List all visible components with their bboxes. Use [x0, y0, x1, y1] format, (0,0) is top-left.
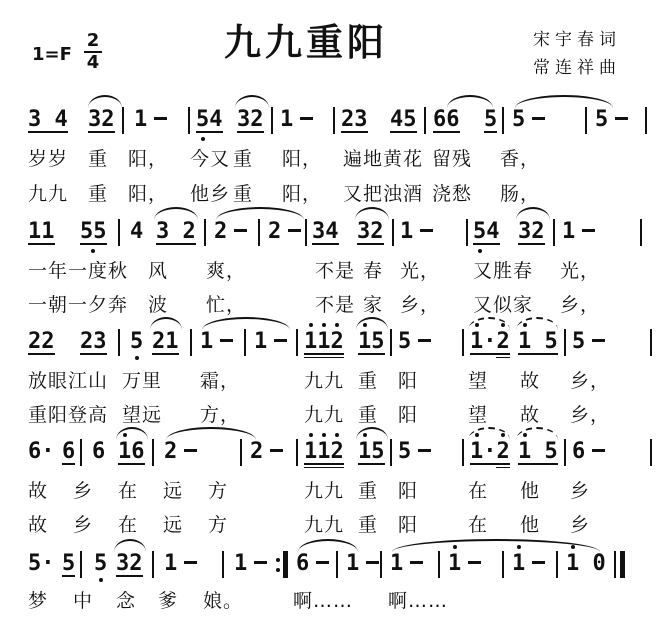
- note-group: 66: [433, 108, 460, 132]
- slur-arc: [235, 95, 269, 108]
- lyric-group: 在: [468, 514, 488, 537]
- lyric-group: 乡: [570, 480, 590, 503]
- lyric-group: 望: [468, 404, 488, 427]
- beam-underline: [341, 131, 368, 133]
- lyric-group: 九九: [304, 480, 344, 503]
- note-group: 2: [214, 220, 247, 244]
- beam-underline: [518, 463, 558, 465]
- note-digits: 1: [448, 551, 461, 576]
- note-digits: 1: [400, 219, 413, 244]
- lyric-group: 远: [163, 514, 183, 537]
- sustain-dash: [184, 561, 197, 564]
- lyric-group: 万里: [122, 370, 162, 393]
- note-digits: 112: [304, 329, 344, 354]
- beam-underline: [28, 353, 55, 355]
- note-digits: 54: [196, 107, 223, 132]
- lyric-group: 风: [148, 260, 168, 283]
- barline: [564, 439, 566, 466]
- barline: [152, 439, 154, 466]
- barline: [188, 107, 190, 134]
- lyric-group: 故: [28, 514, 48, 537]
- beam-underline: [357, 243, 384, 245]
- lyric-group: 重: [233, 148, 253, 171]
- lyric-group: 忙，: [206, 294, 246, 317]
- beam-underline: [156, 243, 196, 245]
- sustain-dash: [582, 229, 595, 232]
- note-group: 5: [595, 108, 628, 132]
- lyric-group: 啊……: [388, 590, 448, 613]
- note-group: 1: [164, 552, 197, 576]
- lyric-group: 阳，: [128, 148, 168, 171]
- beam-underline: [484, 131, 497, 133]
- note-digits: 2: [250, 439, 263, 464]
- sustain-dash: [410, 561, 423, 564]
- note-digits: 5: [398, 329, 411, 354]
- lyric-group: 故: [520, 404, 540, 427]
- repeat-thick-bar: [283, 551, 288, 578]
- note-group: 21: [152, 330, 179, 354]
- sustain-dash: [532, 561, 545, 564]
- lyric-group: 又胜春: [473, 260, 533, 283]
- lyric-group: 乡，: [570, 370, 610, 393]
- lyric-group: 爽，: [206, 260, 246, 283]
- note-group: 22: [28, 330, 55, 354]
- beam-underline: [62, 575, 75, 577]
- lyric-group: 远: [163, 480, 183, 503]
- time-signature-numerator: 2: [84, 32, 102, 50]
- beam-underline: [433, 131, 460, 133]
- note-digits: 66: [433, 107, 460, 132]
- beam-underline: [518, 243, 545, 245]
- lyric-group: 波: [148, 294, 168, 317]
- barline: [502, 551, 504, 578]
- note-group: 1·2: [470, 440, 510, 464]
- octave-dot-high: [309, 433, 313, 437]
- octave-dot-low: [478, 249, 482, 253]
- note-group: 1·2: [470, 330, 510, 354]
- barline: [424, 107, 426, 134]
- lyric-group: 娘。: [203, 590, 243, 613]
- note-digits: 1 5: [518, 329, 558, 354]
- barline: [80, 551, 82, 578]
- lyric-group: 不是: [315, 294, 355, 317]
- note-group: 32: [116, 552, 143, 576]
- time-signature-denominator: 4: [84, 54, 102, 72]
- note-group: 5: [398, 330, 431, 354]
- sustain-dash: [234, 229, 247, 232]
- beam-underline: [304, 463, 344, 465]
- note-digits: 23: [80, 329, 107, 354]
- slur-arc: [298, 539, 358, 552]
- note-digits: 5: [572, 329, 585, 354]
- note-digits: 1: [134, 107, 147, 132]
- octave-dot-high: [335, 433, 339, 437]
- note-digits: 5: [398, 439, 411, 464]
- note-digits: 23: [341, 107, 368, 132]
- lyric-group: 光，: [560, 260, 600, 283]
- barline: [462, 329, 464, 356]
- sustain-dash: [274, 339, 287, 342]
- note-group: 23: [341, 108, 368, 132]
- note-group: 5: [130, 330, 143, 354]
- note-group: 1: [134, 108, 167, 132]
- lyric-group: 九九: [28, 183, 68, 206]
- lyric-group: 乡: [570, 514, 590, 537]
- repeat-dots: [276, 558, 280, 572]
- note-digits: 15: [358, 439, 385, 464]
- note-group: 1 5: [518, 330, 558, 354]
- barline: [466, 219, 468, 246]
- octave-dot-low: [201, 137, 205, 141]
- note-group: 112: [304, 330, 344, 354]
- repeat-end-barline: [276, 551, 288, 578]
- barline: [390, 439, 392, 466]
- barline: [336, 551, 338, 578]
- sustain-dash: [592, 449, 605, 452]
- beam-underline: [237, 131, 264, 133]
- note-group: 4: [130, 220, 143, 244]
- note-group: 32: [357, 220, 384, 244]
- note-digits: 22: [28, 329, 55, 354]
- note-group: 5: [572, 330, 605, 354]
- barline: [438, 551, 440, 578]
- note-group: 11: [28, 220, 55, 244]
- note-digits: 6: [92, 439, 105, 464]
- sustain-dash: [316, 561, 329, 564]
- lyric-group: 他乡: [190, 183, 230, 206]
- slur-arc-dashed: [516, 427, 558, 440]
- beam-underline: [88, 131, 115, 133]
- barline: [585, 107, 587, 134]
- barline: [392, 219, 394, 246]
- slur-arc: [166, 427, 256, 440]
- beam-underline: [28, 243, 55, 245]
- note-group: 6: [296, 552, 329, 576]
- lyric-group: 望: [468, 370, 488, 393]
- lyric-group: 重: [358, 514, 378, 537]
- slur-arc: [515, 95, 613, 108]
- note-group: 2: [250, 440, 283, 464]
- beam-underline: [390, 131, 417, 133]
- barline: [380, 551, 382, 578]
- note-digits: 6·: [28, 439, 55, 464]
- note-group: 6: [572, 440, 605, 464]
- note-digits: 1: [280, 107, 293, 132]
- beam-underline: [304, 357, 344, 359]
- note-group: 1 0: [566, 552, 606, 576]
- note-digits: 1: [164, 551, 177, 576]
- final-thin-bar: [614, 551, 616, 578]
- note-group: 54: [196, 108, 223, 132]
- lyric-group: 他: [520, 480, 540, 503]
- sustain-dash: [184, 449, 197, 452]
- barline: [650, 439, 652, 466]
- sustain-dash: [615, 117, 628, 120]
- note-digits: 32: [518, 219, 545, 244]
- note-digits: 34: [312, 219, 339, 244]
- lyric-group: 留残: [432, 148, 472, 171]
- lyric-group: 不是: [315, 260, 355, 283]
- note-digits: 1: [234, 551, 247, 576]
- note-group: 5: [94, 552, 107, 576]
- lyric-group: 梦: [28, 590, 48, 613]
- barline: [333, 107, 335, 134]
- note-group: 1: [562, 220, 595, 244]
- sustain-dash: [288, 229, 301, 232]
- lyric-group: 他: [520, 514, 540, 537]
- note-digits: 45: [390, 107, 417, 132]
- lyric-group: 在: [468, 480, 488, 503]
- octave-dot-high: [322, 323, 326, 327]
- note-group: 1: [234, 552, 267, 576]
- barline: [296, 329, 298, 356]
- note-digits: 1·2: [470, 439, 510, 464]
- lyric-group: 重: [88, 148, 108, 171]
- note-group: 55: [80, 220, 107, 244]
- lyric-group: 阳，: [282, 148, 322, 171]
- barline: [118, 219, 120, 246]
- note-digits: 1: [512, 551, 525, 576]
- beam-underline: [196, 131, 223, 133]
- sustain-dash: [418, 449, 431, 452]
- slur-arc-dashed: [516, 317, 558, 330]
- note-digits: 6: [62, 439, 75, 464]
- slur-arc: [114, 539, 146, 552]
- note-group: 1: [400, 220, 433, 244]
- note-digits: 1: [390, 551, 403, 576]
- note-digits: 5: [94, 551, 107, 576]
- lyric-group: 乡，: [560, 294, 600, 317]
- lyric-group: 重: [233, 183, 253, 206]
- sustain-dash: [254, 561, 267, 564]
- note-digits: 15: [358, 329, 385, 354]
- sustain-dash: [418, 339, 431, 342]
- lyric-group: 阳: [398, 480, 418, 503]
- sheet-music-page: 九九重阳 1=F 2 4 宋宇春词 常连祥曲 3 432154321234566…: [0, 0, 658, 635]
- note-group: 32: [237, 108, 264, 132]
- barline: [462, 439, 464, 466]
- note-group: 6: [62, 440, 75, 464]
- note-digits: 32: [116, 551, 143, 576]
- note-group: 5: [62, 552, 75, 576]
- final-thick-bar: [620, 551, 625, 578]
- beam-underline: [473, 243, 500, 245]
- octave-dot-low: [91, 249, 95, 253]
- octave-dot-low: [99, 578, 103, 582]
- lyric-group: 光，: [400, 260, 440, 283]
- note-group: 1: [280, 108, 313, 132]
- note-digits: 112: [304, 439, 344, 464]
- note-digits: 1 5: [518, 439, 558, 464]
- note-digits: 21: [152, 329, 179, 354]
- note-group: 1: [346, 552, 379, 576]
- lyricist-credit: 宋宇春词: [533, 25, 621, 50]
- note-group: 5: [512, 108, 545, 132]
- slur-arc: [116, 427, 148, 440]
- lyric-group: 九九: [304, 370, 344, 393]
- lyric-group: 重: [358, 404, 378, 427]
- lyric-group: 又似家: [473, 294, 533, 317]
- note-group: 34: [312, 220, 339, 244]
- lyric-group: 阳，: [282, 183, 322, 206]
- lyric-group: 在: [118, 514, 138, 537]
- barline: [152, 551, 154, 578]
- lyric-group: 故: [520, 370, 540, 393]
- barline: [204, 219, 206, 246]
- lyric-group: 方: [208, 514, 228, 537]
- note-digits: 32: [357, 219, 384, 244]
- note-digits: 32: [88, 107, 115, 132]
- note-digits: 4: [130, 219, 143, 244]
- lyric-group: 望远: [122, 404, 162, 427]
- note-digits: 3 2: [156, 219, 196, 244]
- note-group: 3 2: [156, 220, 196, 244]
- lyric-group: 岁岁: [28, 148, 68, 171]
- lyric-group: 乡，: [570, 404, 610, 427]
- slur-arc-dashed: [468, 427, 510, 440]
- lyric-group: 放眼江山: [28, 370, 108, 393]
- note-group: 5: [484, 108, 497, 132]
- beam-underline-partial: [496, 467, 510, 469]
- lyric-group: 春: [363, 260, 383, 283]
- lyric-group: 方，: [200, 404, 240, 427]
- beam-underline: [358, 463, 385, 465]
- barline: [118, 329, 120, 356]
- beam-underline: [358, 353, 385, 355]
- note-group: 1 5: [518, 440, 558, 464]
- sustain-dash: [420, 229, 433, 232]
- octave-dot-low: [135, 356, 139, 360]
- slur-arc: [447, 95, 493, 108]
- barline: [305, 219, 307, 246]
- note-digits: 11: [28, 219, 55, 244]
- note-group: 32: [88, 108, 115, 132]
- composer-credit: 常连祥曲: [533, 53, 621, 78]
- barline: [190, 329, 192, 356]
- note-group: 1: [254, 330, 287, 354]
- lyric-group: 阳，: [128, 183, 168, 206]
- barline: [645, 107, 647, 134]
- note-group: 6: [92, 440, 105, 464]
- note-digits: 5: [595, 107, 608, 132]
- note-digits: 54: [473, 219, 500, 244]
- beam-underline: [80, 353, 107, 355]
- note-digits: 2: [214, 219, 227, 244]
- note-digits: 1: [562, 219, 575, 244]
- barline: [553, 219, 555, 246]
- note-digits: 1: [254, 329, 267, 354]
- lyric-group: 方: [208, 480, 228, 503]
- slur-arc: [202, 317, 290, 330]
- note-digits: 3 4: [28, 107, 68, 132]
- lyric-group: 浇愁: [432, 183, 472, 206]
- octave-dot-high: [335, 323, 339, 327]
- slur-arc: [356, 427, 388, 440]
- lyric-group: 重: [358, 480, 378, 503]
- beam-underline: [304, 353, 344, 355]
- key-signature: 1=F: [32, 44, 72, 65]
- note-digits: 6: [296, 551, 309, 576]
- slur-arc: [355, 207, 389, 220]
- beam-underline: [28, 131, 68, 133]
- note-group: 2: [268, 220, 301, 244]
- barline: [390, 329, 392, 356]
- lyric-group: 爹: [158, 590, 178, 613]
- lyric-group: 阳: [398, 514, 418, 537]
- note-group: 16: [118, 440, 145, 464]
- lyric-group: 乡: [73, 514, 93, 537]
- lyric-group: 又把浊酒: [343, 183, 423, 206]
- barline: [296, 439, 298, 466]
- barline: [640, 219, 642, 246]
- note-digits: 5: [512, 107, 525, 132]
- lyric-group: 阳: [398, 370, 418, 393]
- note-group: 6·: [28, 440, 55, 464]
- note-digits: 5: [130, 329, 143, 354]
- slur-arc-dashed: [468, 317, 510, 330]
- note-group: 1: [512, 552, 545, 576]
- note-group: 15: [358, 440, 385, 464]
- beam-underline: [62, 463, 75, 465]
- barline: [502, 107, 504, 134]
- beam-underline-partial: [496, 357, 510, 359]
- lyric-group: 乡: [73, 480, 93, 503]
- note-digits: 2: [164, 439, 177, 464]
- barline: [556, 551, 558, 578]
- barline: [244, 329, 246, 356]
- note-digits: 2: [268, 219, 281, 244]
- lyric-group: 在: [118, 480, 138, 503]
- slur-arc: [392, 539, 600, 552]
- lyric-group: 今又: [190, 148, 230, 171]
- barline: [122, 107, 124, 134]
- octave-dot-high: [322, 433, 326, 437]
- note-digits: 1: [200, 329, 213, 354]
- note-group: 45: [390, 108, 417, 132]
- beam-underline: [470, 463, 510, 465]
- lyric-group: 重: [88, 183, 108, 206]
- note-digits: 1: [346, 551, 359, 576]
- lyric-group: 乡，: [400, 294, 440, 317]
- barline: [564, 329, 566, 356]
- lyric-group: 九九: [304, 404, 344, 427]
- note-group: 23: [80, 330, 107, 354]
- page-title: 九九重阳: [224, 12, 388, 66]
- slur-arc: [356, 317, 388, 330]
- beam-underline: [470, 353, 510, 355]
- sustain-dash: [220, 339, 233, 342]
- barline: [271, 107, 273, 134]
- sustain-dash: [592, 339, 605, 342]
- slur-arc: [154, 207, 198, 220]
- note-digits: 5·: [28, 551, 55, 576]
- lyric-group: 家: [363, 294, 383, 317]
- slur-arc: [150, 317, 182, 330]
- lyric-group: 一朝一夕奔: [28, 294, 128, 317]
- note-digits: 6: [572, 439, 585, 464]
- lyric-group: 阳: [398, 404, 418, 427]
- note-digits: 55: [80, 219, 107, 244]
- lyric-group: 香，: [500, 148, 540, 171]
- barline: [80, 439, 82, 466]
- note-digits: 1 0: [566, 551, 606, 576]
- lyric-group: 肠，: [500, 183, 540, 206]
- slur-arc: [516, 207, 550, 220]
- note-group: 54: [473, 220, 500, 244]
- lyric-group: 啊……: [293, 590, 353, 613]
- note-digits: 32: [237, 107, 264, 132]
- barline: [650, 329, 652, 356]
